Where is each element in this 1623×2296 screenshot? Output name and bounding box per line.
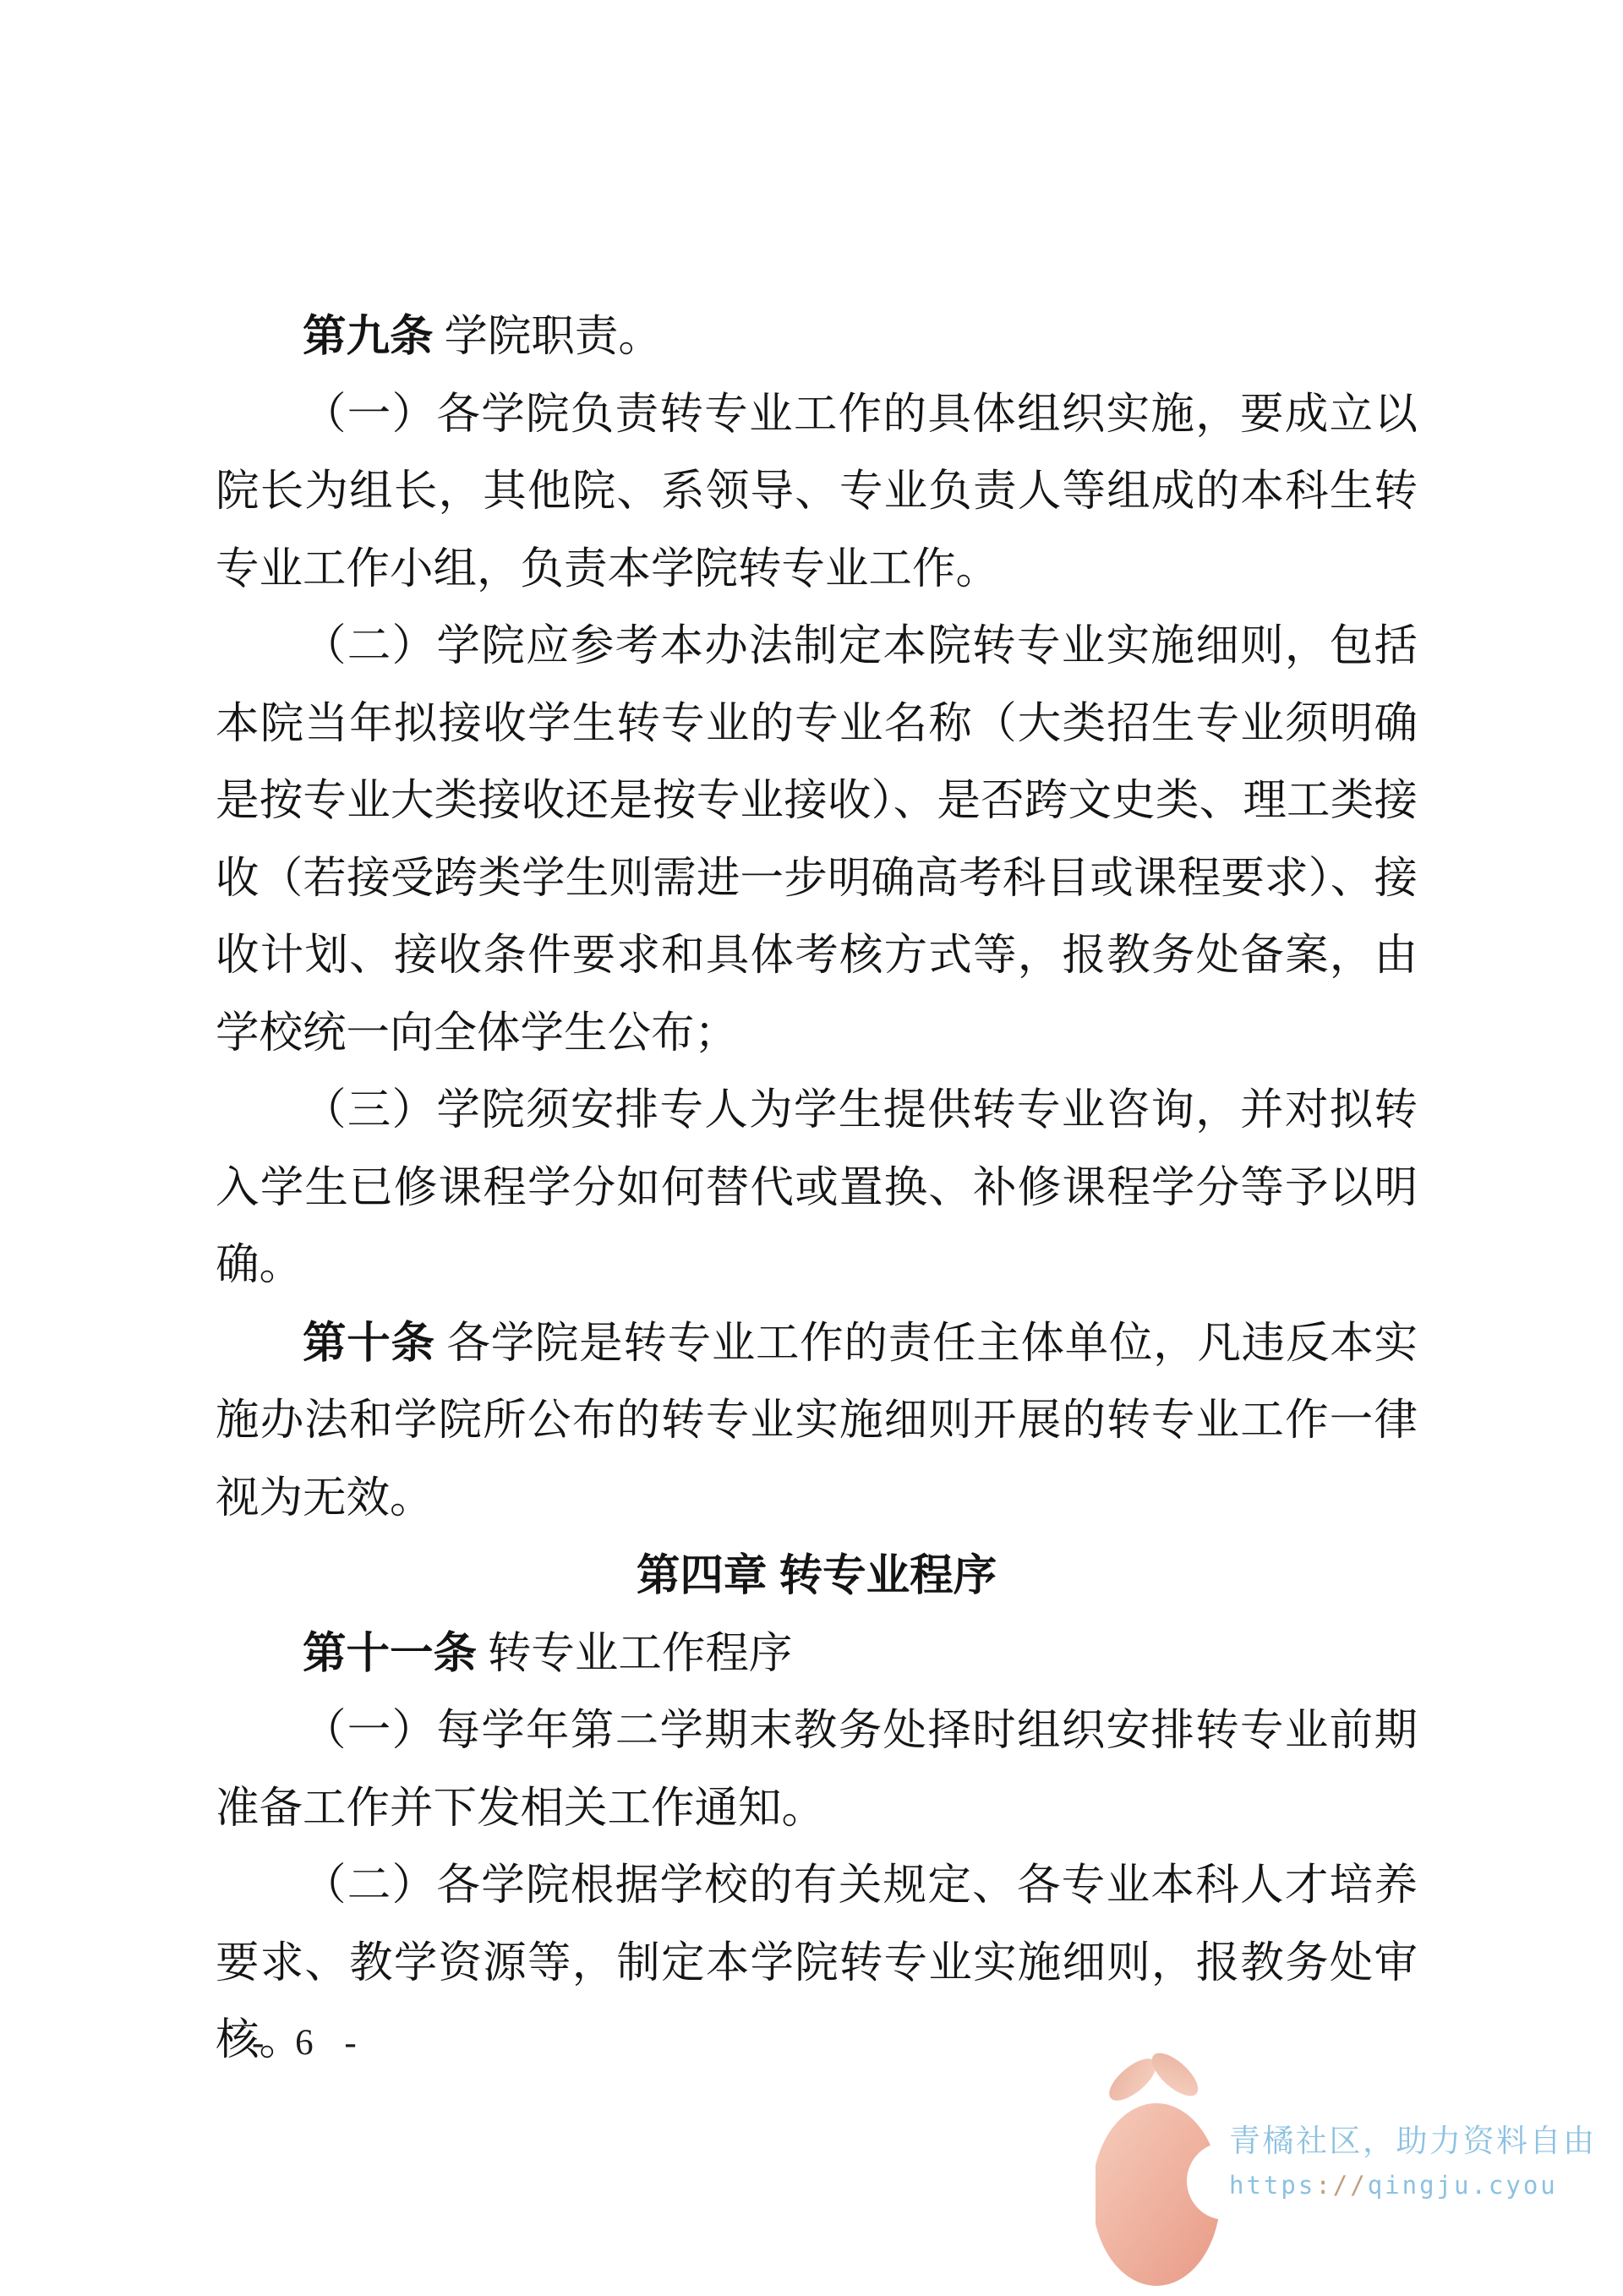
article-number: 第十条 [303, 1318, 435, 1367]
paragraph: （一）各学院负责转专业工作的具体组织实施，要成立以院长为组长，其他院、系领导、专… [216, 376, 1418, 609]
watermark: 青橘社区，助力资料自由 https://qingju.cyou [1096, 2044, 1620, 2296]
document-page: 第九条 学院职责。（一）各学院负责转专业工作的具体组织实施，要成立以院长为组长，… [0, 0, 1623, 2296]
peach-icon [1096, 2044, 1227, 2289]
text-run: 转专业工作程序 [477, 1630, 792, 1678]
chapter-heading: 第四章 转专业程序 [216, 1537, 1418, 1615]
page-number: - 6 - [252, 2022, 368, 2064]
article-number: 第九条 [303, 311, 434, 360]
text-run: （一）每学年第二学期末教务处择时组织安排转专业前期准备工作并下发相关工作通知。 [216, 1707, 1418, 1833]
document-body: 第九条 学院职责。（一）各学院负责转专业工作的具体组织实施，要成立以院长为组长，… [216, 298, 1418, 2080]
text-run: （一）各学院负责转专业工作的具体组织实施，要成立以院长为组长，其他院、系领导、专… [216, 391, 1418, 593]
url-segment: qingju.cyou [1368, 2171, 1558, 2200]
leaf-right [1145, 2046, 1205, 2103]
paragraph: （一）每学年第二学期末教务处择时组织安排转专业前期准备工作并下发相关工作通知。 [216, 1692, 1418, 1847]
paragraph: 第九条 学院职责。 [216, 298, 1418, 376]
paragraph: 第十条 各学院是转专业工作的责任主体单位，凡违反本实施办法和学院所公布的转专业实… [216, 1304, 1418, 1538]
watermark-slogan: 青橘社区，助力资料自由 [1229, 2115, 1597, 2161]
article-number: 第四章 转专业程序 [637, 1550, 997, 1599]
paragraph: （二）学院应参考本办法制定本院转专业实施细则，包括本院当年拟接收学生转专业的专业… [216, 608, 1418, 1072]
paragraph: 第十一条 转专业工作程序 [216, 1615, 1418, 1693]
text-run: （二）学院应参考本办法制定本院转专业实施细则，包括本院当年拟接收学生转专业的专业… [216, 622, 1418, 1058]
text-run: 学院职责。 [434, 313, 662, 361]
url-segment: :// [1315, 2171, 1367, 2200]
paragraph: （三）学院须安排专人为学生提供转专业咨询，并对拟转入学生已修课程学分如何替代或置… [216, 1072, 1418, 1304]
watermark-url: https://qingju.cyou [1229, 2171, 1558, 2200]
url-segment: https [1229, 2171, 1315, 2200]
text-run: （二）各学院根据学校的有关规定、各专业本科人才培养要求、教学资源等，制定本学院转… [216, 1861, 1418, 2064]
article-number: 第十一条 [303, 1628, 477, 1677]
text-run: （三）学院须安排专人为学生提供转专业咨询，并对拟转入学生已修课程学分如何替代或置… [216, 1086, 1418, 1289]
